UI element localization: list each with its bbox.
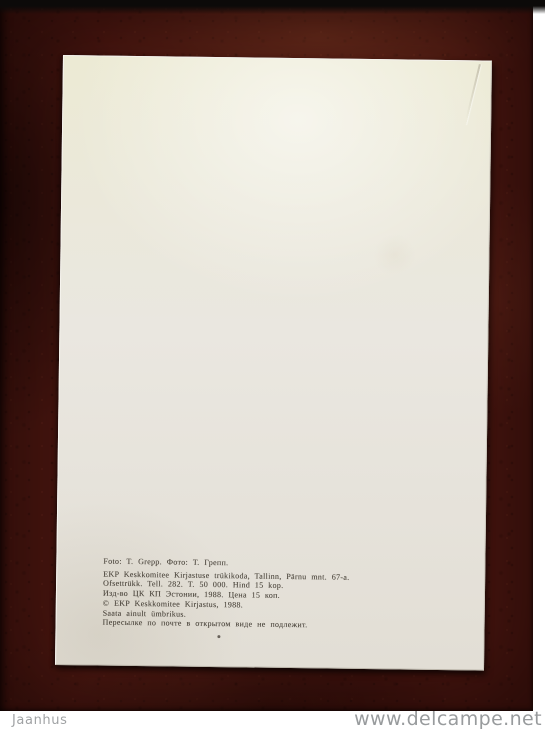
watermark-site: www.delcampe.net xyxy=(354,708,542,730)
postcard-back: Foto: T. Grepp. Фото: Т. Грепп. EKP Kesk… xyxy=(55,55,492,671)
publisher-imprint: Foto: T. Grepp. Фото: Т. Грепп. EKP Kesk… xyxy=(103,557,444,631)
watermark-seller: Jaanhus xyxy=(12,713,67,728)
ink-speck xyxy=(217,635,220,638)
leather-background: Foto: T. Grepp. Фото: Т. Грепп. EKP Kesk… xyxy=(0,0,533,711)
imprint-line-photographer: Foto: T. Grepp. Фото: Т. Грепп. xyxy=(103,557,443,570)
listing-photo: Foto: T. Grepp. Фото: Т. Грепп. EKP Kesk… xyxy=(0,0,545,730)
crease-mark xyxy=(464,64,481,125)
